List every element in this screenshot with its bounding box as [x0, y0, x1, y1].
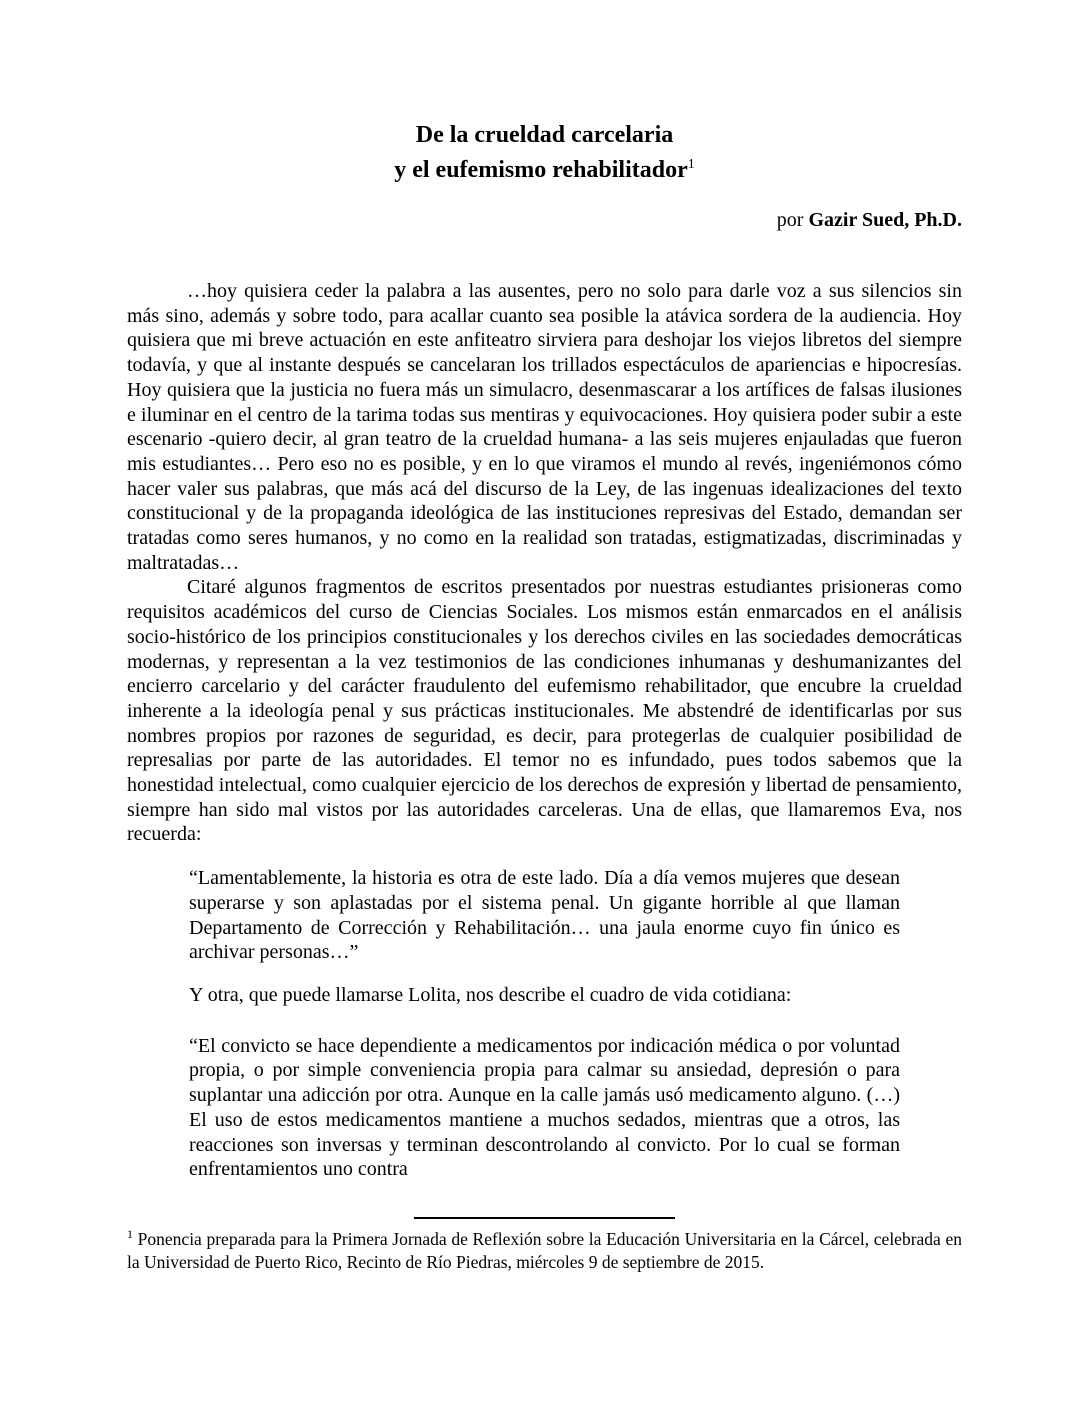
title-line-1: De la crueldad carcelaria [127, 118, 962, 153]
byline-author: Gazir Sued, Ph.D. [808, 209, 962, 231]
blockquote-eva: “Lamentablemente, la historia es otra de… [189, 866, 900, 965]
title-footnote-reference: 1 [688, 157, 695, 172]
footnote-area: 1 Ponencia preparada para la Primera Jor… [127, 1217, 962, 1274]
title-line-2-text: y el eufemismo rehabilitador [394, 157, 688, 183]
footnote-reference: 1 [127, 1227, 133, 1241]
paragraph-1: …hoy quisiera ceder la palabra a las aus… [127, 279, 962, 575]
page-content: De la crueldad carcelaria y el eufemismo… [127, 0, 962, 1212]
paragraph-2: Citaré algunos fragmentos de escritos pr… [127, 575, 962, 847]
footnote: 1 Ponencia preparada para la Primera Jor… [127, 1228, 962, 1274]
interlude-line: Y otra, que puede llamarse Lolita, nos d… [189, 983, 900, 1008]
page-title: De la crueldad carcelaria y el eufemismo… [127, 118, 962, 188]
byline: por Gazir Sued, Ph.D. [127, 208, 962, 233]
footnote-separator-rule [414, 1217, 675, 1219]
footnote-body: Ponencia preparada para la Primera Jorna… [127, 1229, 962, 1272]
blockquote-lolita: “El convicto se hace dependiente a medic… [189, 1034, 900, 1182]
body-text: …hoy quisiera ceder la palabra a las aus… [127, 279, 962, 1182]
byline-prefix: por [777, 209, 809, 231]
document-page: De la crueldad carcelaria y el eufemismo… [0, 0, 1088, 1408]
title-line-2: y el eufemismo rehabilitador1 [127, 153, 962, 188]
